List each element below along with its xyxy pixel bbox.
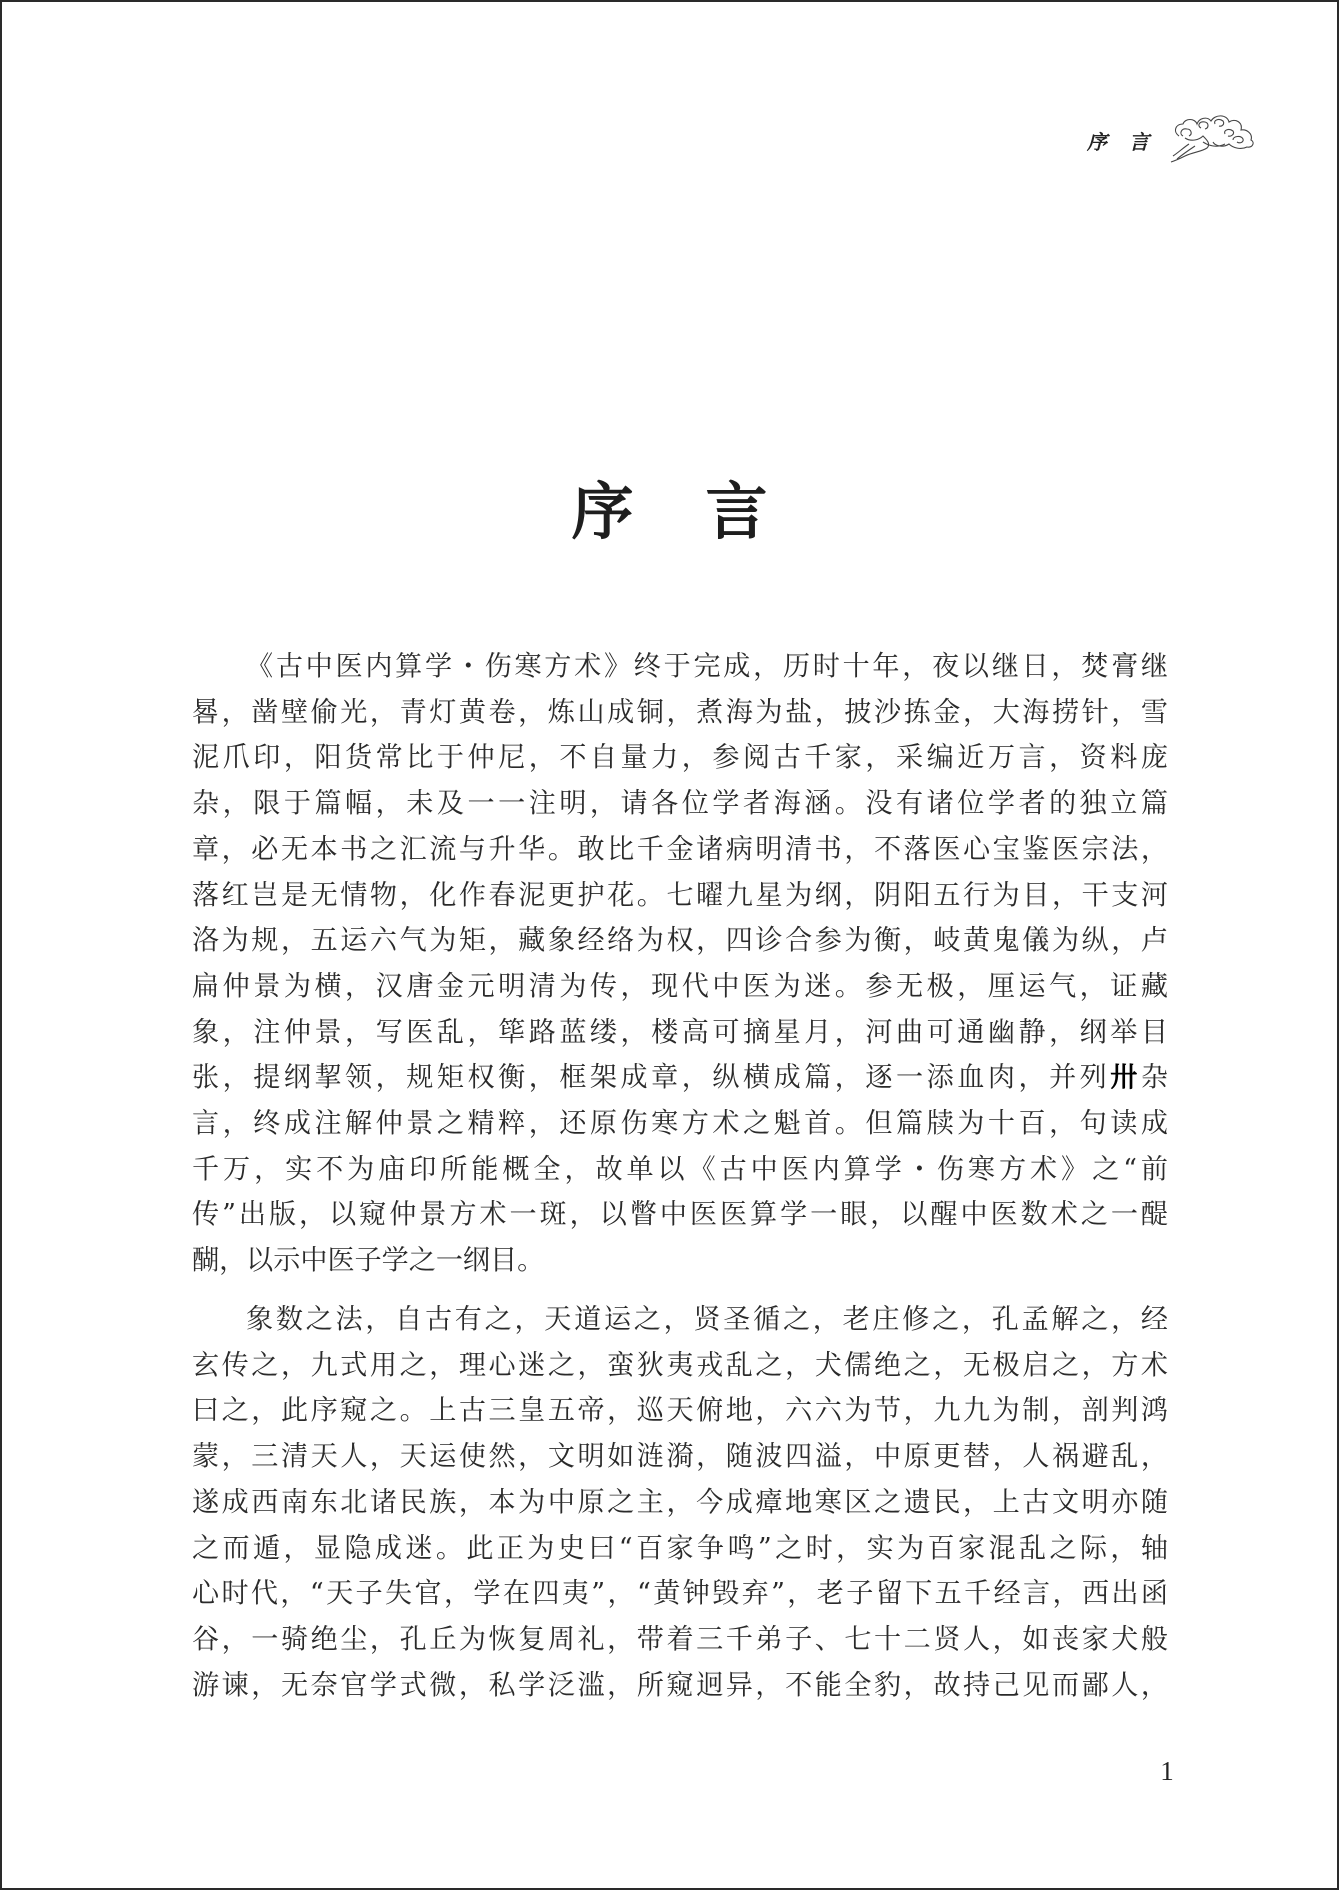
paragraph-2: 象数之法，自古有之，天道运之，贤圣循之，老庄修之，孔孟解之，经 玄传之，九式用之…: [192, 1297, 1168, 1708]
text-line: 传”出版，以窥仲景方术一斑，以瞥中医医算学一眼，以醒中医数术之一醍: [192, 1192, 1168, 1238]
running-header: 序言: [1087, 120, 1171, 160]
chapter-title: 序言: [2, 462, 1337, 551]
text-line: 象数之法，自古有之，天道运之，贤圣循之，老庄修之，孔孟解之，经: [192, 1297, 1168, 1343]
text-line: 心时代，“天子失官，学在四夷”，“黄钟毁弃”，老子留下五千经言，西出函: [192, 1571, 1168, 1617]
text-line: 泥爪印，阳货常比于仲尼，不自量力，参阅古千家，采编近万言，资料庞: [192, 735, 1168, 781]
running-header-title: 序言: [1087, 126, 1171, 155]
text-line: 游谏，无奈官学式微，私学泛滥，所窥迥异，不能全豹，故持己见而鄙人，: [192, 1663, 1168, 1709]
text-line: 落红岂是无情物，化作春泥更护花。七曜九星为纲，阴阳五行为目，干支河: [192, 873, 1168, 919]
text-line: 扁仲景为横，汉唐金元明清为传，现代中医为迷。参无极，厘运气，证藏: [192, 964, 1168, 1010]
text-line: 《古中医内算学・伤寒方术》终于完成，历时十年，夜以继日，焚膏继: [192, 644, 1168, 690]
text-line: 曰之，此序窥之。上古三皇五帝，巡天俯地，六六为节，九九为制，剖判鸿: [192, 1388, 1168, 1434]
paragraph-1: 《古中医内算学・伤寒方术》终于完成，历时十年，夜以继日，焚膏继 晷，凿壁偷光，青…: [192, 644, 1168, 1284]
text-line: 杂，限于篇幅，未及一一注明，请各位学者海涵。没有诸位学者的独立篇: [192, 781, 1168, 827]
text-line: 之而遁，显隐成迷。此正为史曰“百家争鸣”之时，实为百家混乱之际，轴: [192, 1526, 1168, 1572]
text-line: 谷，一骑绝尘，孔丘为恢复周礼，带着三千弟子、七十二贤人，如丧家犬般: [192, 1617, 1168, 1663]
text-line: 蒙，三清天人，天运使然，文明如涟漪，随波四溢，中原更替，人祸避乱，: [192, 1434, 1168, 1480]
emphasized-character: 卅: [1110, 1062, 1141, 1093]
text-segment: 杂: [1141, 1062, 1168, 1093]
text-line: 章，必无本书之汇流与升华。敢比千金诸病明清书，不落医心宝鉴医宗法，: [192, 827, 1168, 873]
text-line: 象，注仲景，写医乱，筚路蓝缕，楼高可摘星月，河曲可通幽静，纲举目: [192, 1010, 1168, 1056]
text-line: 醐，以示中医子学之一纲目。: [192, 1238, 1168, 1284]
book-page: 序言 序言 《古中医内算学・伤寒方术》终于完成，历时十年，夜以继日，焚膏继 晷，…: [0, 0, 1339, 1890]
text-line: 遂成西南东北诸民族，本为中原之主，今成瘴地寒区之遗民，上古文明亦随: [192, 1480, 1168, 1526]
text-line: 晷，凿壁偷光，青灯黄卷，炼山成铜，煮海为盐，披沙拣金，大海捞针，雪: [192, 690, 1168, 736]
cloud-icon: [1167, 110, 1262, 165]
text-line-with-emphasis: 张，提纲挈领，规矩权衡，框架成章，纵横成篇，逐一添血肉，并列卅杂: [192, 1055, 1168, 1101]
text-line: 洛为规，五运六气为矩，藏象经络为权，四诊合参为衡，岐黄鬼儀为纵，卢: [192, 918, 1168, 964]
text-line: 千万，实不为庙印所能概全，故单以《古中医内算学・伤寒方术》之“前: [192, 1147, 1168, 1193]
text-line: 言，终成注解仲景之精粹，还原伤寒方术之魁首。但篇牍为十百，句读成: [192, 1101, 1168, 1147]
text-line: 玄传之，九式用之，理心迷之，蛮狄夷戎乱之，犬儒绝之，无极启之，方术: [192, 1343, 1168, 1389]
text-segment: 张，提纲挈领，规矩权衡，框架成章，纵横成篇，逐一添血肉，并列: [192, 1062, 1110, 1093]
page-number: 1: [1152, 1756, 1182, 1787]
